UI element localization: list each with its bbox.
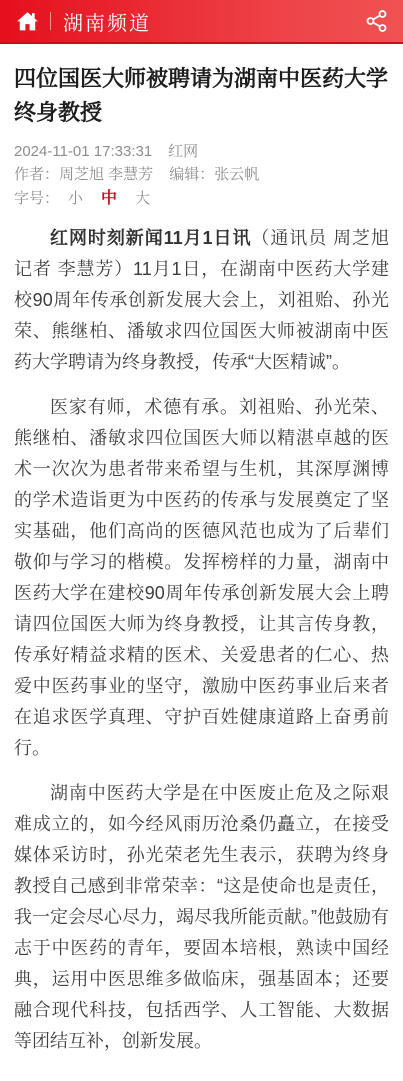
meta-byline-row: 作者：周芝旭 李慧芳编辑：张云帆	[14, 163, 389, 186]
author-names: 周芝旭 李慧芳	[59, 166, 153, 183]
font-size-selector: 字号：小中大	[14, 187, 389, 210]
home-icon	[15, 9, 40, 34]
editor-name: 张云帆	[214, 166, 259, 183]
font-size-large-button[interactable]: 大	[135, 187, 150, 210]
share-button[interactable]	[365, 9, 389, 33]
paragraph-text: （通讯员 周芝旭 记者 李慧芳）11月1日，在湖南中医药大学建校90周年传承创新…	[14, 228, 389, 372]
font-size-medium-button[interactable]: 中	[101, 187, 117, 210]
share-icon	[365, 9, 389, 33]
article-paragraph-3: 湖南中医药大学是在中医废止危及之际艰难成立的，如今经风雨历沧桑仍矗立，在接受媒体…	[14, 778, 389, 1057]
channel-title: 湖南频道	[63, 7, 151, 36]
font-size-small-button[interactable]: 小	[68, 187, 83, 210]
app-header: 湖南频道	[0, 0, 403, 44]
article-meta: 2024-11-01 17:33:31红网 作者：周芝旭 李慧芳编辑：张云帆 字…	[14, 140, 389, 210]
article-body: 红网时刻新闻11月1日讯（通讯员 周芝旭 记者 李慧芳）11月1日，在湖南中医药…	[14, 223, 389, 1057]
article: 四位国医大师被聘请为湖南中医药大学终身教授 2024-11-01 17:33:3…	[0, 44, 403, 1081]
paragraph-lead: 红网时刻新闻11月1日讯	[50, 228, 251, 248]
editor-label: 编辑：	[169, 166, 214, 183]
paragraph-text: 医家有师，术德有承。刘祖贻、孙光荣、熊继柏、潘敏求四位国医大师以精湛卓越的医术一…	[14, 397, 389, 758]
header-divider	[50, 12, 51, 30]
source-name: 红网	[168, 143, 198, 160]
article-paragraph-2: 医家有师，术德有承。刘祖贻、孙光荣、熊继柏、潘敏求四位国医大师以精湛卓越的医术一…	[14, 392, 389, 764]
home-button[interactable]	[14, 8, 40, 34]
paragraph-text: 湖南中医药大学是在中医废止危及之际艰难成立的，如今经风雨历沧桑仍矗立，在接受媒体…	[14, 783, 389, 1051]
font-size-label: 字号：	[14, 190, 59, 207]
article-paragraph-1: 红网时刻新闻11月1日讯（通讯员 周芝旭 记者 李慧芳）11月1日，在湖南中医药…	[14, 223, 389, 378]
author-label: 作者：	[14, 166, 59, 183]
meta-datetime-row: 2024-11-01 17:33:31红网	[14, 140, 389, 163]
article-title: 四位国医大师被聘请为湖南中医药大学终身教授	[14, 62, 389, 130]
page: 湖南频道 四位国医大师被聘请为湖南中医药大学终身教授 2024-11-01 17…	[0, 0, 403, 1081]
publish-datetime: 2024-11-01 17:33:31	[14, 143, 152, 160]
